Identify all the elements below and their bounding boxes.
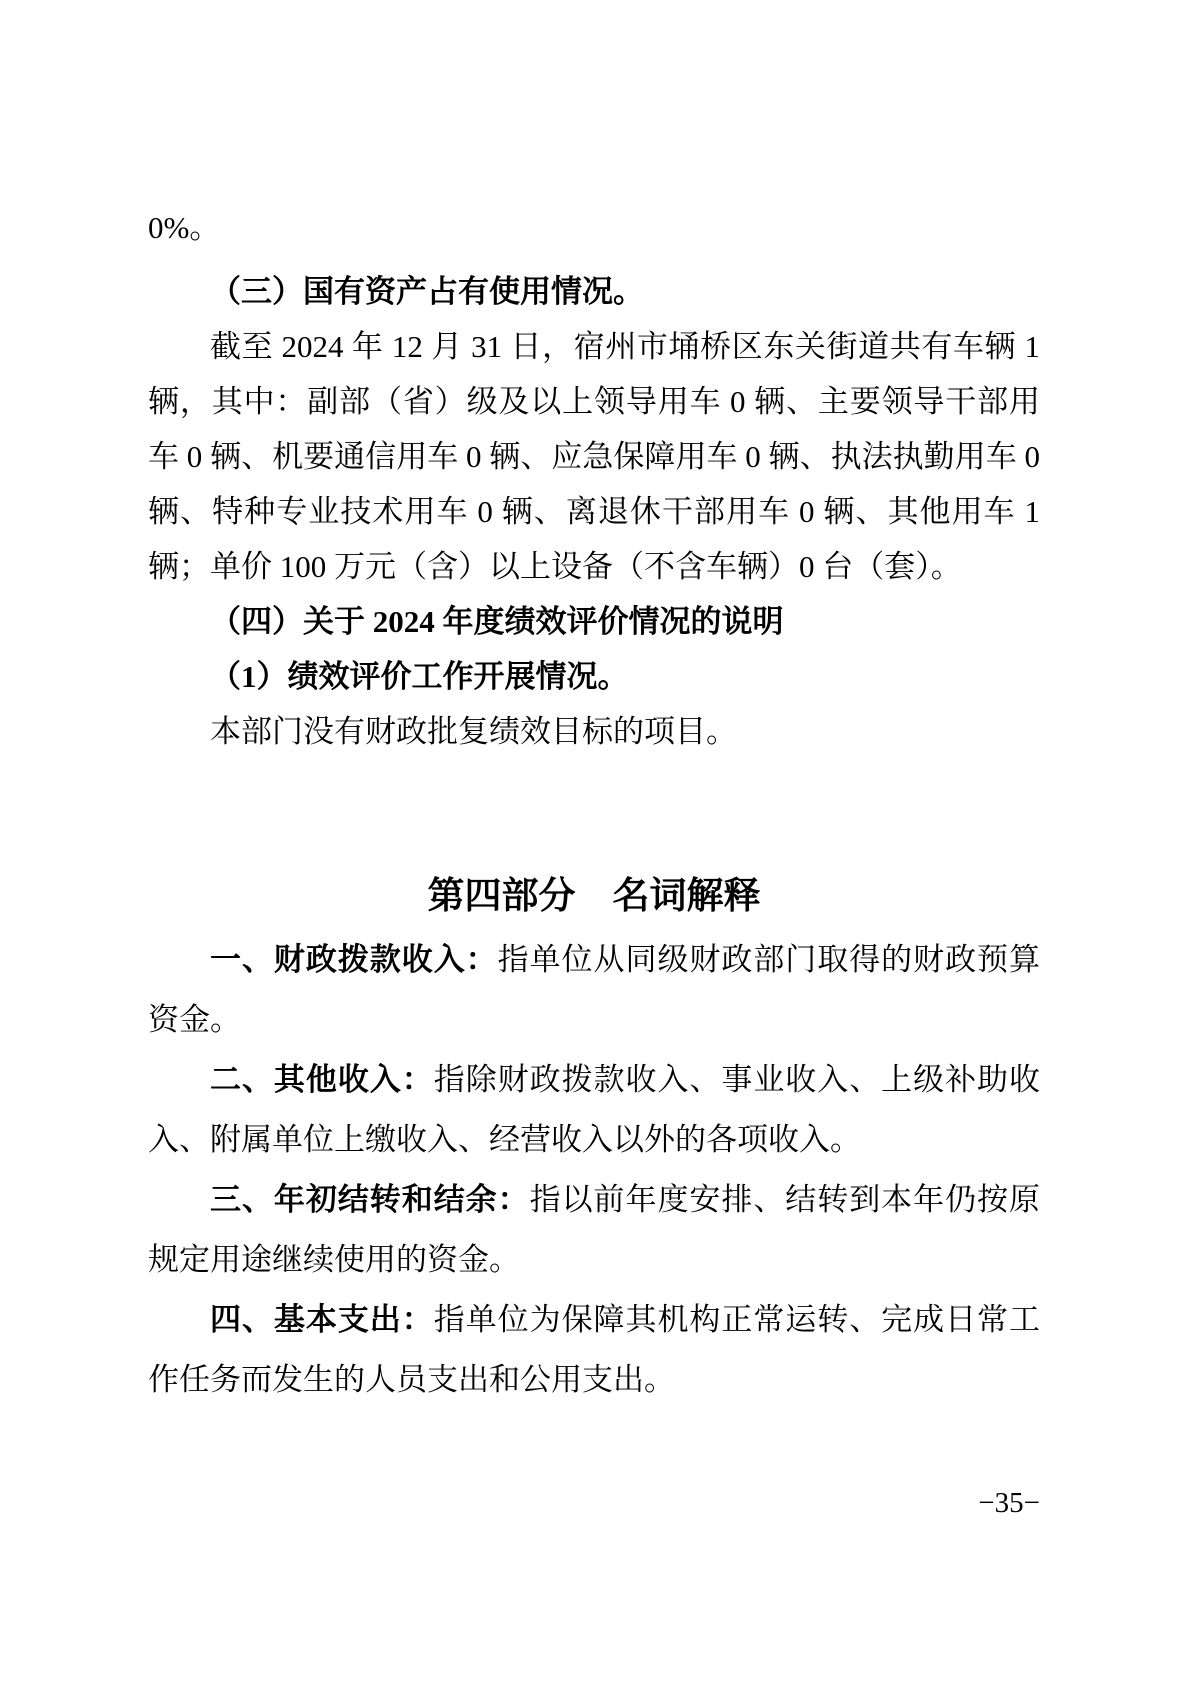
term-name: 四、基本支出：: [210, 1302, 434, 1337]
document-content: 0%。 （三）国有资产占有使用情况。 截至 2024 年 12 月 31 日，宿…: [148, 200, 1040, 1410]
document-page: 0%。 （三）国有资产占有使用情况。 截至 2024 年 12 月 31 日，宿…: [0, 0, 1190, 1683]
paragraph-assets-vehicles: 截至 2024 年 12 月 31 日，宿州市埇桥区东关街道共有车辆 1 辆，其…: [148, 319, 1040, 594]
term-name: 二、其他收入：: [210, 1062, 434, 1097]
part-title-glossary: 第四部分 名词解释: [148, 866, 1040, 926]
paragraph-performance-statement: 本部门没有财政批复绩效目标的项目。: [148, 704, 1040, 759]
glossary-terms-list: 一、财政拨款收入：指单位从同级财政部门取得的财政预算资金。 二、其他收入：指除财…: [148, 930, 1040, 1410]
term-item-basic-expenditure: 四、基本支出：指单位为保障其机构正常运转、完成日常工作任务而发生的人员支出和公用…: [148, 1290, 1040, 1410]
paragraph-continuation-percent: 0%。: [148, 200, 1040, 255]
term-name: 三、年初结转和结余：: [210, 1182, 530, 1217]
term-item-other-income: 二、其他收入：指除财政拨款收入、事业收入、上级补助收入、附属单位上缴收入、经营收…: [148, 1050, 1040, 1170]
heading-section-4-performance-evaluation: （四）关于 2024 年度绩效评价情况的说明: [148, 594, 1040, 649]
term-item-fiscal-appropriation-income: 一、财政拨款收入：指单位从同级财政部门取得的财政预算资金。: [148, 930, 1040, 1050]
heading-section-3-state-assets: （三）国有资产占有使用情况。: [148, 264, 1040, 319]
term-name: 一、财政拨款收入：: [210, 942, 498, 977]
term-item-carryover-and-surplus: 三、年初结转和结余：指以前年度安排、结转到本年仍按原规定用途继续使用的资金。: [148, 1170, 1040, 1290]
heading-section-4-1-performance-work: （1）绩效评价工作开展情况。: [148, 649, 1040, 704]
page-number: −35−: [978, 1488, 1040, 1518]
